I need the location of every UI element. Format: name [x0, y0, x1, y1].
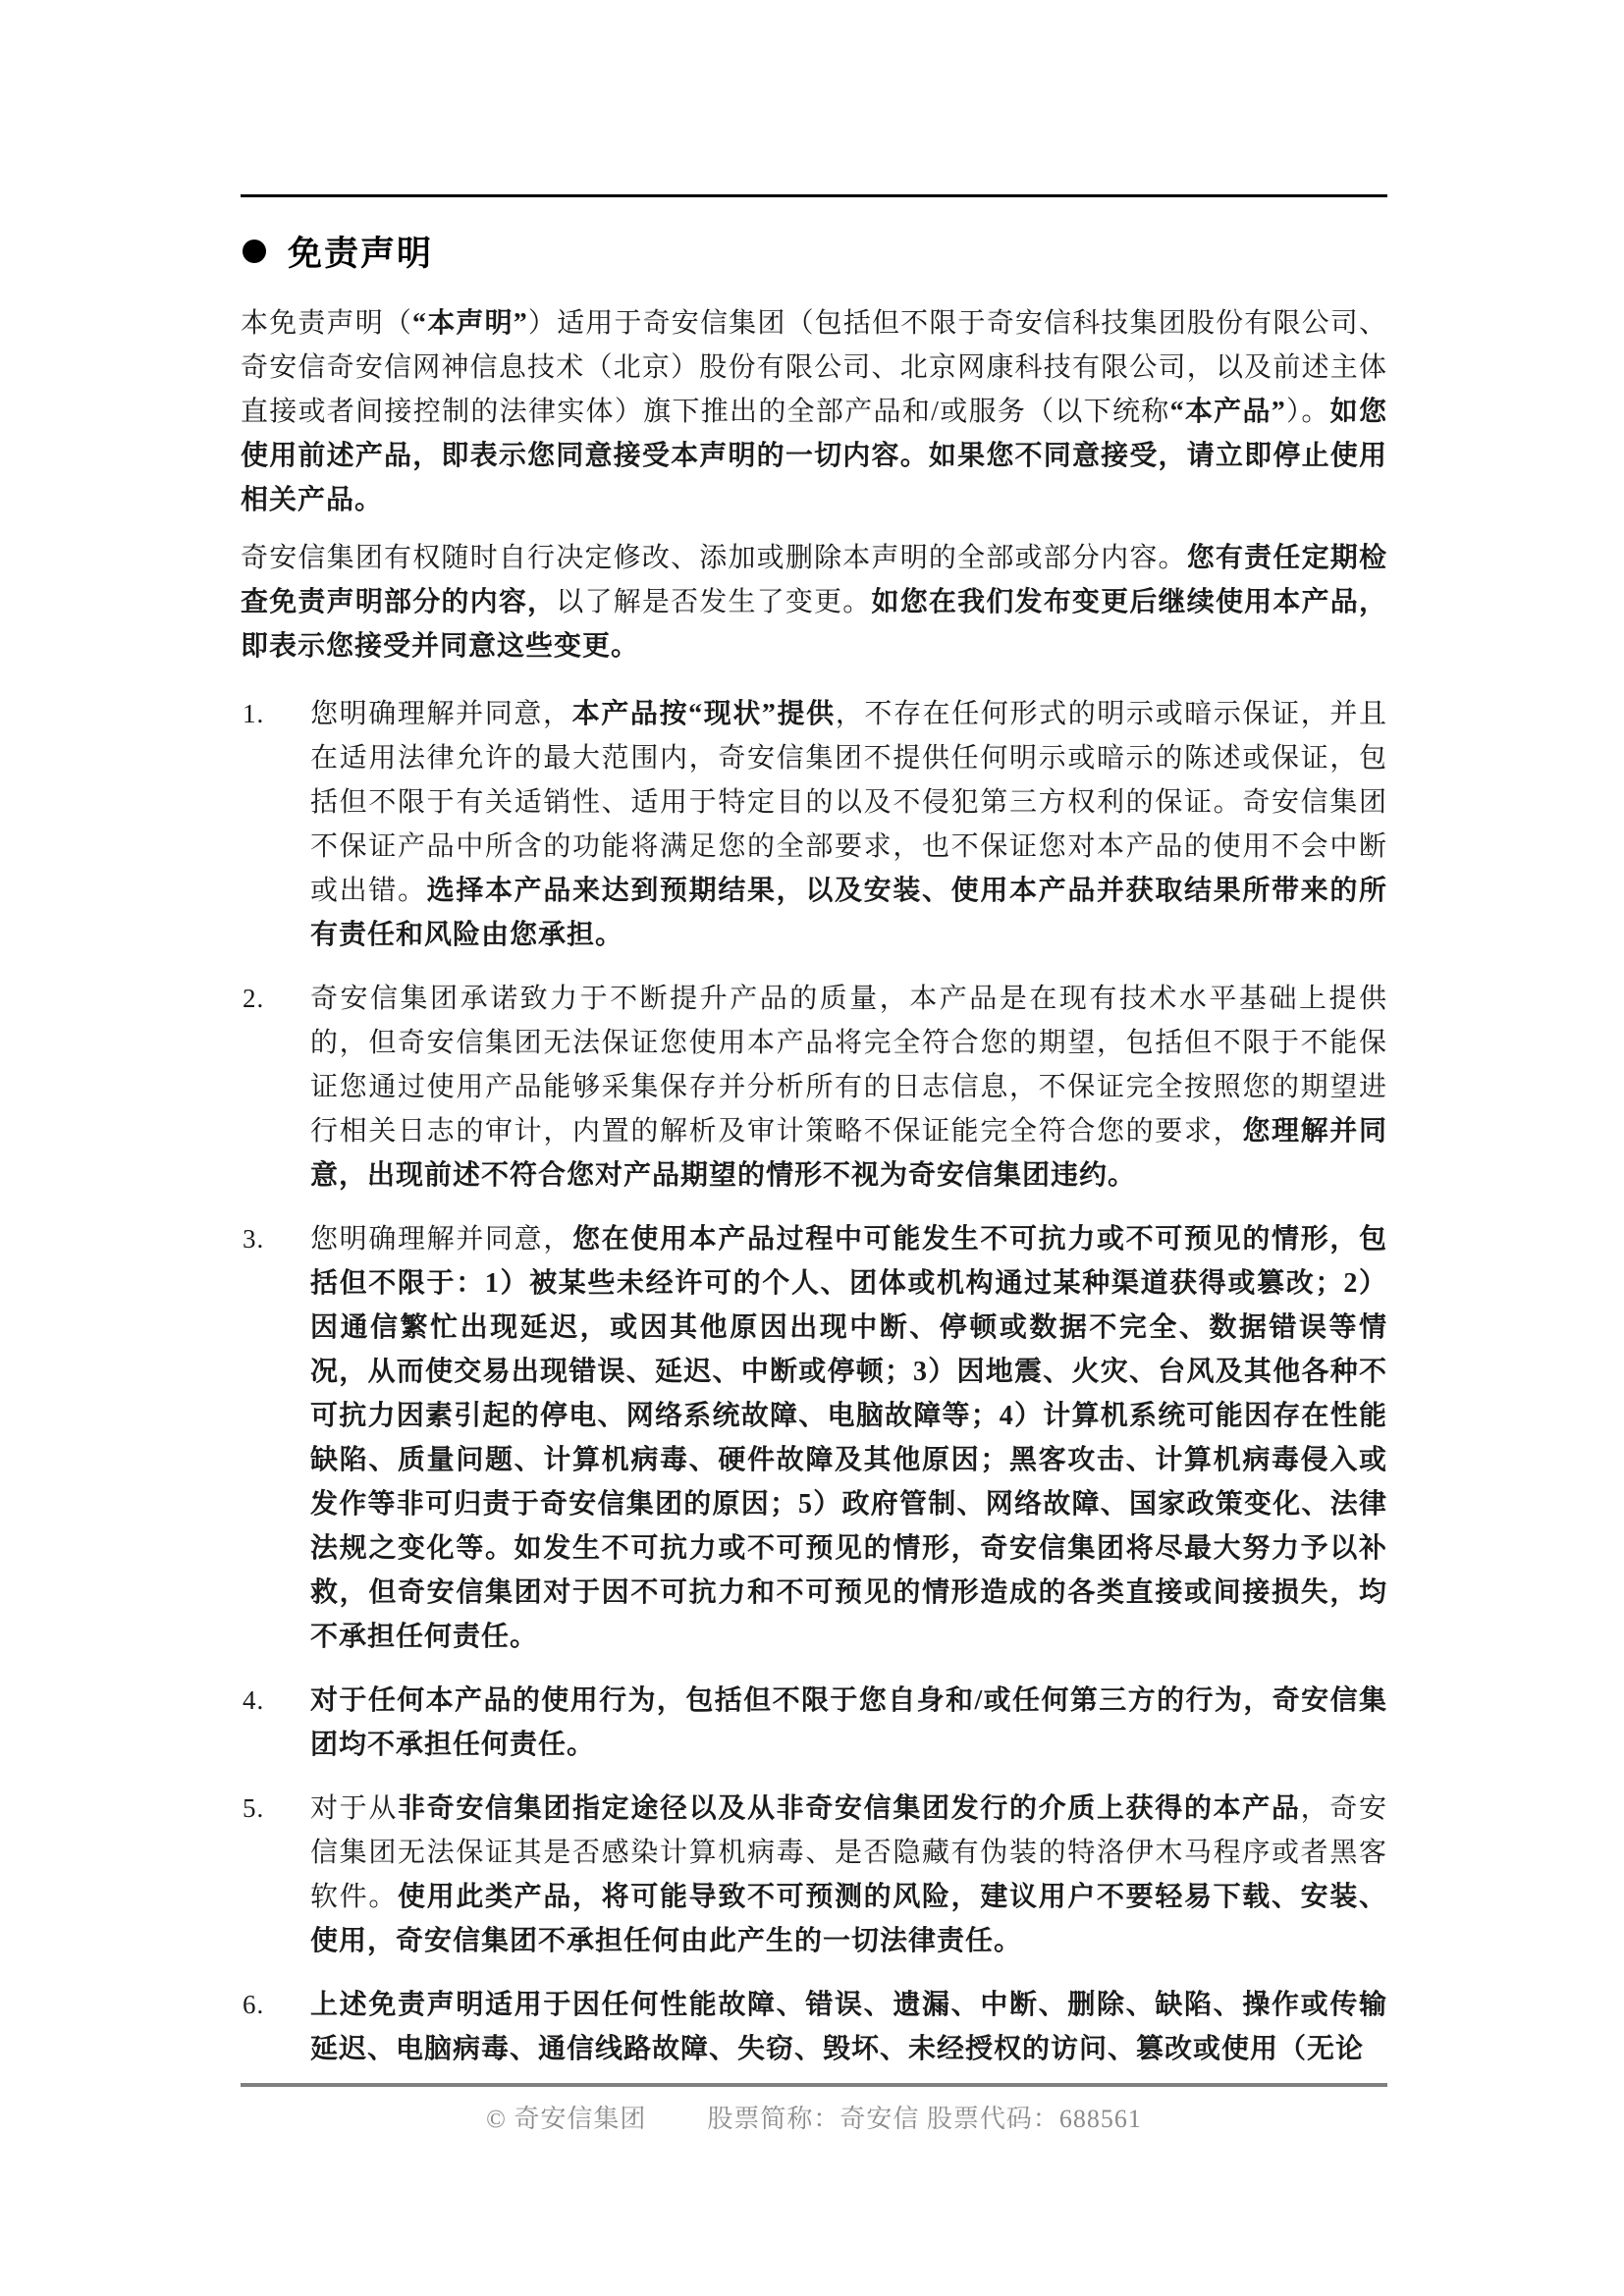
list-item: 3.您明确理解并同意，您在使用本产品过程中可能发生不可抗力或不可预见的情形，包括…	[241, 1217, 1387, 1659]
footer-stock-info: 股票简称：奇安信 股票代码：688561	[707, 2099, 1142, 2135]
list-item: 2.奇安信集团承诺致力于不断提升产品的质量，本产品是在现有技术水平基础上提供的，…	[241, 977, 1387, 1198]
item-text: 对于从非奇安信集团指定途径以及从非奇安信集团发行的介质上获得的本产品，奇安信集团…	[310, 1787, 1387, 1963]
disclaimer-list: 1.您明确理解并同意，本产品按“现状”提供，不存在任何形式的明示或暗示保证，并且…	[241, 692, 1387, 2071]
item-number: 1.	[243, 692, 264, 736]
list-item: 6.上述免责声明适用于因任何性能故障、错误、遗漏、中断、删除、缺陷、操作或传输延…	[241, 1983, 1387, 2071]
footer-rule	[241, 2083, 1387, 2087]
item-number: 2.	[243, 977, 264, 1021]
intro-section: 本免责声明（“本声明”）适用于奇安信集团（包括但不限于奇安信科技集团股份有限公司…	[241, 301, 1387, 668]
document-content: 免责声明 本免责声明（“本声明”）适用于奇安信集团（包括但不限于奇安信科技集团股…	[241, 194, 1387, 2091]
bold-text-run: 上述免责声明适用于因任何性能故障、错误、遗漏、中断、删除、缺陷、操作或传输延迟、…	[310, 1990, 1387, 2064]
bold-text-run: 本产品按“现状”提供	[572, 699, 836, 729]
item-text: 对于任何本产品的使用行为，包括但不限于您自身和/或任何第三方的行为，奇安信集团均…	[310, 1679, 1387, 1767]
item-text: 奇安信集团承诺致力于不断提升产品的质量，本产品是在现有技术水平基础上提供的，但奇…	[310, 977, 1387, 1198]
text-run: 您明确理解并同意，	[310, 1224, 572, 1255]
item-text: 上述免责声明适用于因任何性能故障、错误、遗漏、中断、删除、缺陷、操作或传输延迟、…	[310, 1983, 1387, 2071]
text-run: 以了解是否发生了变更。	[556, 587, 871, 617]
item-text: 您明确理解并同意，本产品按“现状”提供，不存在任何形式的明示或暗示保证，并且在适…	[310, 692, 1387, 957]
bold-text-run: 非奇安信集团指定途径以及从非奇安信集团发行的介质上获得的本产品	[398, 1793, 1301, 1824]
top-rule	[241, 194, 1387, 197]
bold-text-run: “本产品”	[1170, 397, 1286, 427]
bold-text-run: 选择本产品来达到预期结果，以及安装、使用本产品并获取结果所带来的所有责任和风险由…	[310, 876, 1387, 950]
list-item: 1.您明确理解并同意，本产品按“现状”提供，不存在任何形式的明示或暗示保证，并且…	[241, 692, 1387, 957]
document-page: 免责声明 本免责声明（“本声明”）适用于奇安信集团（包括但不限于奇安信科技集团股…	[0, 0, 1624, 2296]
text-run: 奇安信集团承诺致力于不断提升产品的质量，本产品是在现有技术水平基础上提供的，但奇…	[310, 984, 1387, 1147]
paragraph: 奇安信集团有权随时自行决定修改、添加或删除本声明的全部或部分内容。您有责任定期检…	[241, 536, 1387, 668]
text-run: 奇安信集团有权随时自行决定修改、添加或删除本声明的全部或部分内容。	[241, 543, 1187, 573]
text-run: 本免责声明（	[241, 308, 412, 339]
page-footer: © 奇安信集团 股票简称：奇安信 股票代码：688561	[241, 2099, 1387, 2135]
item-number: 3.	[243, 1217, 264, 1261]
item-number: 5.	[243, 1787, 264, 1831]
page-title: 免责声明	[288, 227, 433, 276]
section-heading: 免责声明	[243, 227, 1387, 276]
bold-text-run: 使用此类产品，将可能导致不可预测的风险，建议用户不要轻易下载、安装、使用，奇安信…	[310, 1882, 1387, 1956]
bullet-icon	[243, 240, 266, 263]
text-run: ）。	[1286, 397, 1330, 427]
list-item: 4.对于任何本产品的使用行为，包括但不限于您自身和/或任何第三方的行为，奇安信集…	[241, 1679, 1387, 1767]
bold-text-run: 对于任何本产品的使用行为，包括但不限于您自身和/或任何第三方的行为，奇安信集团均…	[310, 1685, 1387, 1760]
item-number: 6.	[243, 1983, 264, 2027]
item-text: 您明确理解并同意，您在使用本产品过程中可能发生不可抗力或不可预见的情形，包括但不…	[310, 1217, 1387, 1659]
text-run: 您明确理解并同意，	[310, 699, 572, 729]
item-number: 4.	[243, 1679, 264, 1723]
bold-text-run: 您在使用本产品过程中可能发生不可抗力或不可预见的情形，包括但不限于：1）被某些未…	[310, 1224, 1387, 1652]
text-run: 对于从	[310, 1793, 398, 1824]
list-item: 5.对于从非奇安信集团指定途径以及从非奇安信集团发行的介质上获得的本产品，奇安信…	[241, 1787, 1387, 1963]
bold-text-run: “本声明”	[412, 308, 528, 339]
paragraph: 本免责声明（“本声明”）适用于奇安信集团（包括但不限于奇安信科技集团股份有限公司…	[241, 301, 1387, 522]
footer-copyright: © 奇安信集团	[486, 2099, 646, 2135]
